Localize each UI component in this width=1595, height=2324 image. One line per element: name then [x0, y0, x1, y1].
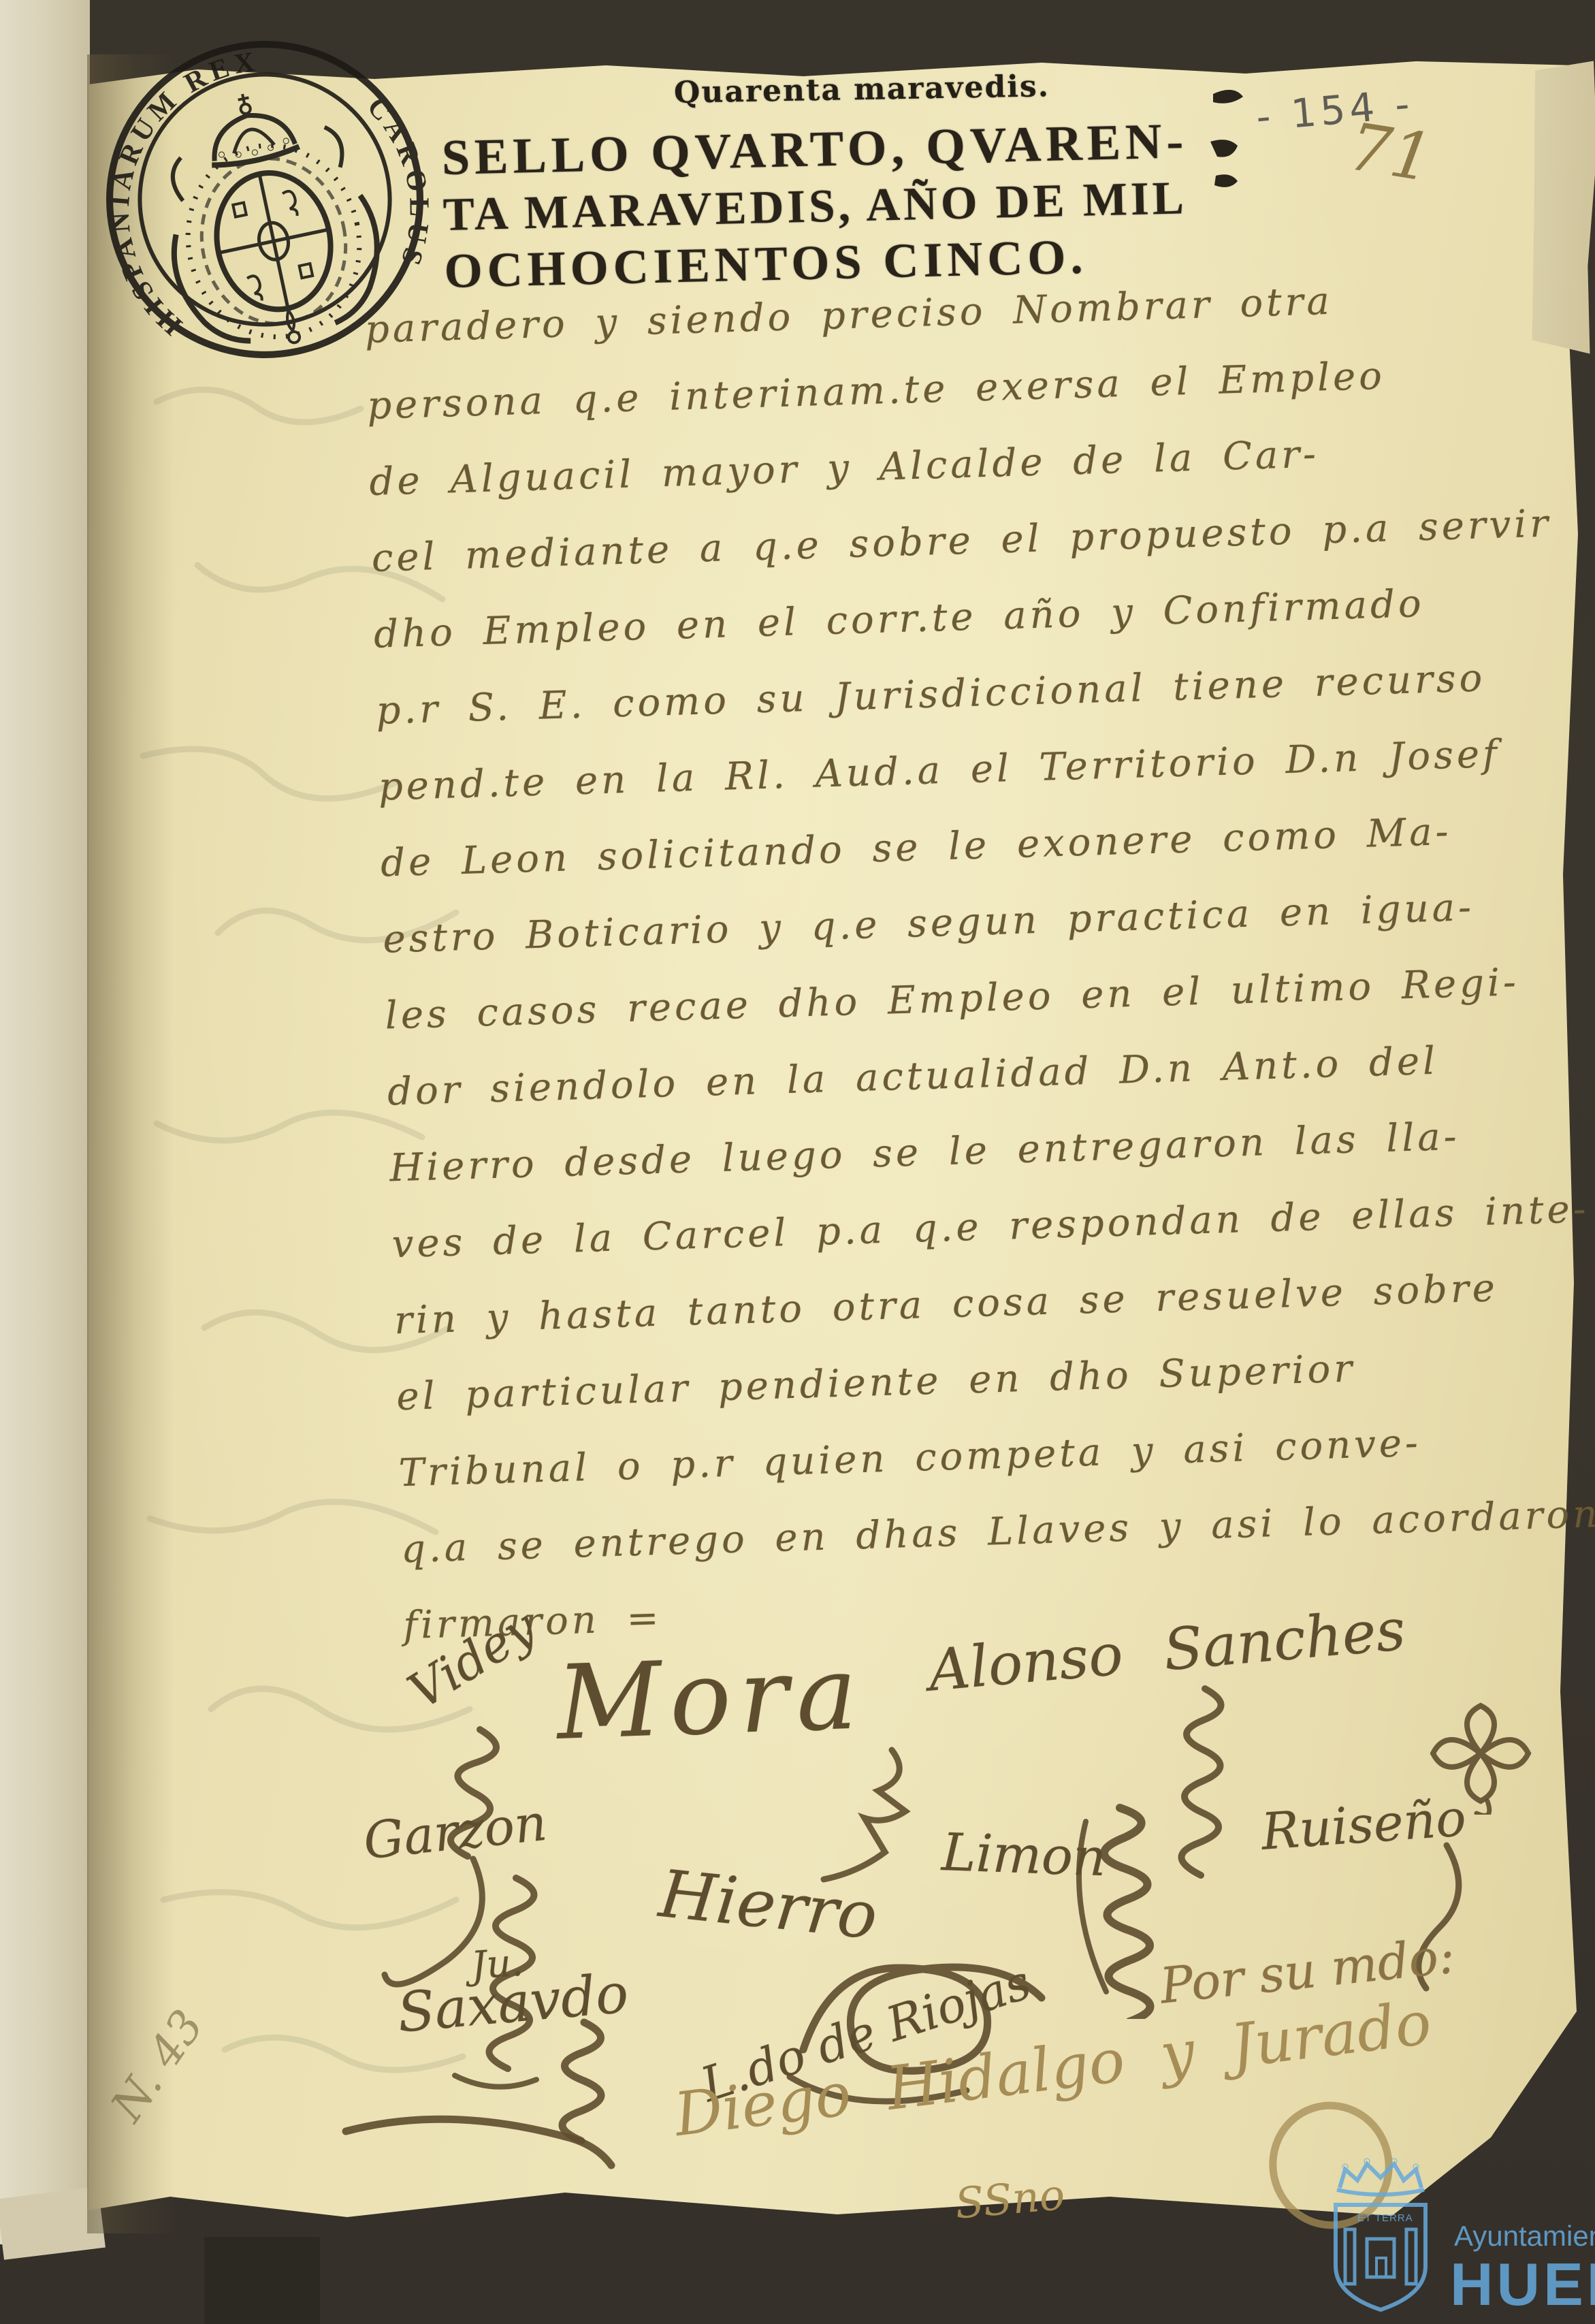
watermark-motto: ET TERRA [1357, 2212, 1413, 2224]
archive-watermark: ET TERRA Ayuntamiento de HUELVA [1285, 2150, 1595, 2324]
facing-page-edge [0, 0, 90, 2244]
rubric-flourish-saxavdo [325, 2002, 693, 2186]
watermark-text-small: Ayuntamiento de [1454, 2220, 1595, 2253]
tax-value-line: Quarenta maravedis. [674, 69, 1050, 110]
scanner-bed-edge [204, 2237, 320, 2324]
folio-number-ink: 71 [1344, 108, 1438, 197]
manuscript-body: paradero y siendo preciso Nombrar otra p… [364, 271, 1595, 1680]
escribano-abbreviation: SSno [953, 2169, 1067, 2229]
watermark-crest-icon: ET TERRA [1319, 2150, 1442, 2321]
printed-header: SELLO QVARTO, QVAREN- TA MARAVEDIS, AÑO … [441, 112, 1191, 300]
watermark-text-large: HUELVA [1450, 2250, 1595, 2319]
document-scan: HISPANIARUM REX CAROLUS IV. D. G. [0, 0, 1595, 2324]
